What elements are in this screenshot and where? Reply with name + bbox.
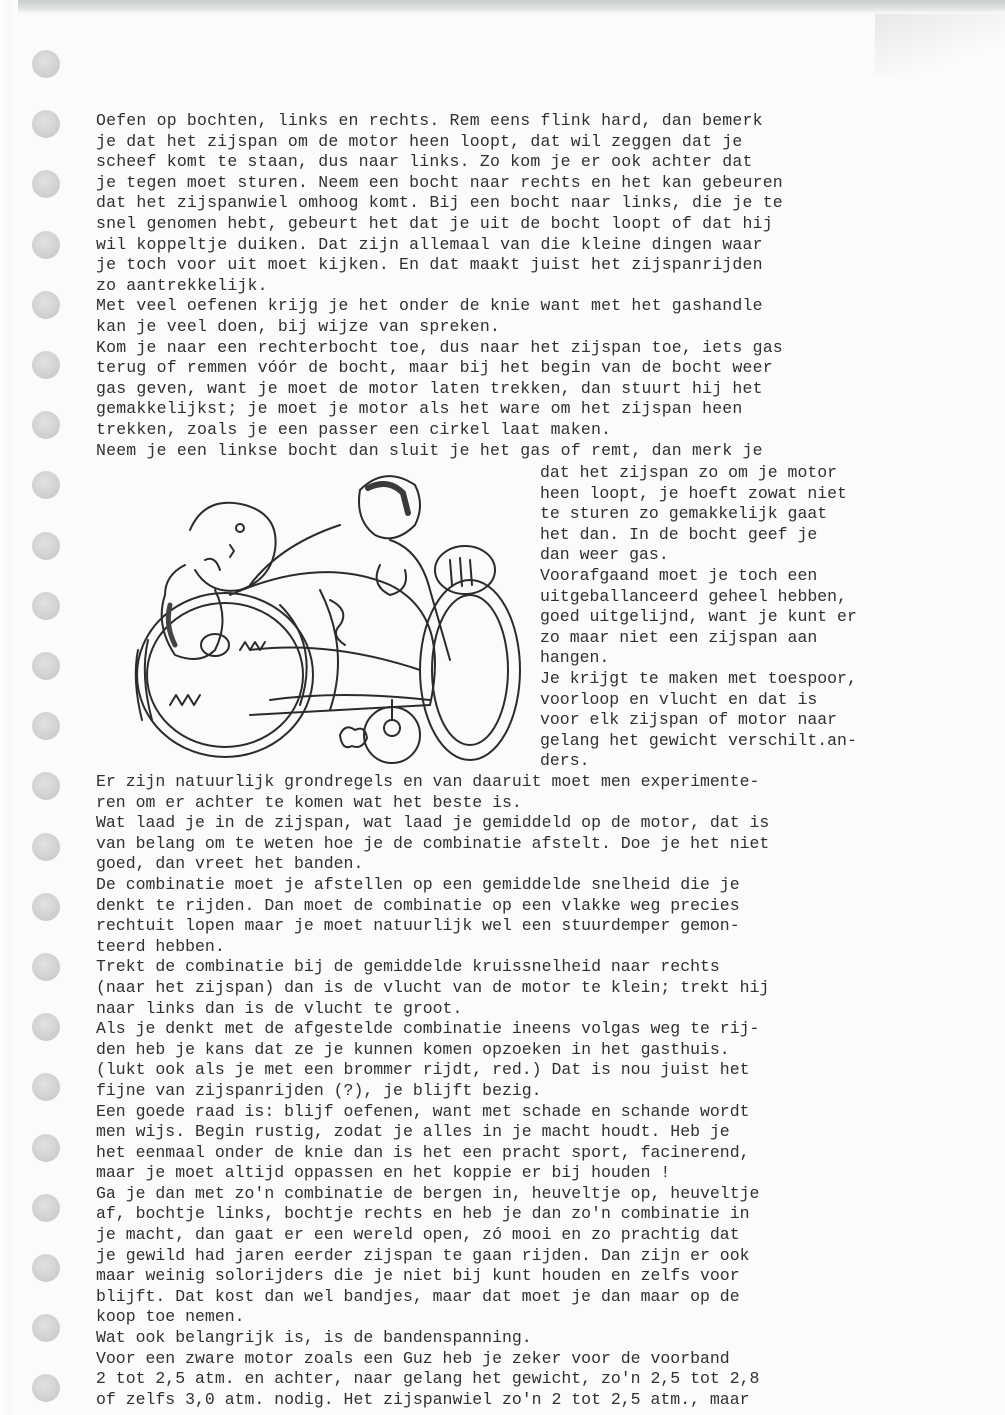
text-line: denkt te rijden. Dan moet de combinatie …: [96, 896, 956, 917]
text-line: of zelfs 3,0 atm. nodig. Het zijspanwiel…: [96, 1390, 956, 1411]
text-line: het eenmaal onder de knie dan is het een…: [96, 1143, 956, 1164]
text-line: maar je moet altijd oppassen en het kopp…: [96, 1163, 956, 1184]
binding-hole: [32, 50, 60, 78]
binding-hole: [32, 1073, 60, 1101]
text-line: uitgeballanceerd geheel hebben,: [540, 587, 940, 608]
binding-hole: [32, 291, 60, 319]
text-line: voorloop en vlucht en dat is: [540, 690, 940, 711]
binding-hole: [32, 1013, 60, 1041]
text-line: je macht, dan gaat er een wereld open, z…: [96, 1225, 956, 1246]
text-line: wil koppeltje duiken. Dat zijn allemaal …: [96, 235, 956, 256]
text-line: zo aantrekkelijk.: [96, 276, 956, 297]
text-line: naar links dan is de vlucht te groot.: [96, 999, 956, 1020]
text-line: Wat ook belangrijk is, is de bandenspann…: [96, 1328, 956, 1349]
text-line: scheef komt te staan, dus naar links. Zo…: [96, 152, 956, 173]
text-line: terug of remmen vóór de bocht, maar bij …: [96, 358, 956, 379]
text-line: trekken, zoals je een passer een cirkel …: [96, 420, 956, 441]
page-left-edge: [0, 0, 12, 1415]
text-line: blijft. Dat kost dan wel bandjes, maar d…: [96, 1287, 956, 1308]
text-line: snel genomen hebt, gebeurt het dat je ui…: [96, 214, 956, 235]
binding-hole: [32, 592, 60, 620]
text-line: koop toe nemen.: [96, 1307, 956, 1328]
binding-hole: [32, 411, 60, 439]
text-line: Wat laad je in de zijspan, wat laad je g…: [96, 813, 956, 834]
binding-hole: [32, 652, 60, 680]
text-line: fijne van zijspanrijden (?), je blijft b…: [96, 1081, 956, 1102]
text-line: dan weer gas.: [540, 545, 940, 566]
text-line: je tegen moet sturen. Neem een bocht naa…: [96, 173, 956, 194]
text-line: af, bochtje links, bochtje rechts en heb…: [96, 1204, 956, 1225]
text-line: (naar het zijspan) dan is de vlucht van …: [96, 978, 956, 999]
text-line: Voorafgaand moet je toch een: [540, 566, 940, 587]
text-line: Met veel oefenen krijg je het onder de k…: [96, 296, 956, 317]
text-line: maar weinig solorijders die je niet bij …: [96, 1266, 956, 1287]
sidecar-cartoon-icon: [130, 470, 530, 770]
text-line: gelang het gewicht verschilt.an-: [540, 731, 940, 752]
text-line: heen loopt, je hoeft zowat niet: [540, 484, 940, 505]
text-line: Oefen op bochten, links en rechts. Rem e…: [96, 111, 956, 132]
sidecar-illustration: [130, 470, 530, 770]
binding-hole: [32, 1134, 60, 1162]
binding-hole: [32, 351, 60, 379]
text-line: het dan. In de bocht geef je: [540, 525, 940, 546]
binding-hole: [32, 1374, 60, 1402]
scan-corner-shadow: [875, 14, 1005, 74]
right-column-paragraph: dat het zijspan zo om je motorheen loopt…: [540, 463, 940, 772]
binding-hole: [32, 833, 60, 861]
text-line: goed, dan vreet het banden.: [96, 854, 956, 875]
binding-hole: [32, 231, 60, 259]
text-line: je toch voor uit moet kijken. En dat maa…: [96, 255, 956, 276]
text-line: hangen.: [540, 648, 940, 669]
text-line: Je krijgt te maken met toespoor,: [540, 669, 940, 690]
text-line: Er zijn natuurlijk grondregels en van da…: [96, 772, 956, 793]
binding-hole: [32, 953, 60, 981]
binding-hole: [32, 772, 60, 800]
top-paragraph: Oefen op bochten, links en rechts. Rem e…: [96, 111, 956, 461]
text-line: (lukt ook als je met een brommer rijdt, …: [96, 1060, 956, 1081]
text-line: ders.: [540, 751, 940, 772]
text-line: te sturen zo gemakkelijk gaat: [540, 504, 940, 525]
text-line: teerd hebben.: [96, 937, 956, 958]
text-line: den heb je kans dat ze je kunnen komen o…: [96, 1040, 956, 1061]
text-line: Voor een zware motor zoals een Guz heb j…: [96, 1349, 956, 1370]
text-line: ren om er achter te komen wat het beste …: [96, 793, 956, 814]
lower-paragraph: Er zijn natuurlijk grondregels en van da…: [96, 772, 956, 1410]
text-line: 2 tot 2,5 atm. en achter, naar gelang he…: [96, 1369, 956, 1390]
text-line: goed uitgelijnd, want je kunt er: [540, 607, 940, 628]
binding-hole: [32, 170, 60, 198]
text-line: van belang om te weten hoe je de combina…: [96, 834, 956, 855]
text-line: Als je denkt met de afgestelde combinati…: [96, 1019, 956, 1040]
binding-hole: [32, 712, 60, 740]
text-line: Kom je naar een rechterbocht toe, dus na…: [96, 338, 956, 359]
text-line: Neem je een linkse bocht dan sluit je he…: [96, 441, 956, 462]
scan-top-shadow: [18, 0, 1005, 14]
text-line: rechtuit lopen maar je moet natuurlijk w…: [96, 916, 956, 937]
binding-hole: [32, 532, 60, 560]
text-line: Trekt de combinatie bij de gemiddelde kr…: [96, 957, 956, 978]
text-line: Ga je dan met zo'n combinatie de bergen …: [96, 1184, 956, 1205]
text-line: gemakkelijkst; je moet je motor als het …: [96, 399, 956, 420]
binding-hole: [32, 1254, 60, 1282]
text-line: je gewild had jaren eerder zijspan te ga…: [96, 1246, 956, 1267]
binding-hole: [32, 110, 60, 138]
text-line: men wijs. Begin rustig, zodat je alles i…: [96, 1122, 956, 1143]
text-line: De combinatie moet je afstellen op een g…: [96, 875, 956, 896]
text-line: kan je veel doen, bij wijze van spreken.: [96, 317, 956, 338]
binding-hole: [32, 1194, 60, 1222]
text-line: dat het zijspanwiel omhoog komt. Bij een…: [96, 193, 956, 214]
text-line: je dat het zijspan om de motor heen loop…: [96, 132, 956, 153]
binding-hole: [32, 471, 60, 499]
binding-hole: [32, 1314, 60, 1342]
text-line: gas geven, want je moet de motor laten t…: [96, 379, 956, 400]
text-line: dat het zijspan zo om je motor: [540, 463, 940, 484]
text-line: voor elk zijspan of motor naar: [540, 710, 940, 731]
text-line: zo maar niet een zijspan aan: [540, 628, 940, 649]
text-line: Een goede raad is: blijf oefenen, want m…: [96, 1102, 956, 1123]
binding-hole: [32, 893, 60, 921]
